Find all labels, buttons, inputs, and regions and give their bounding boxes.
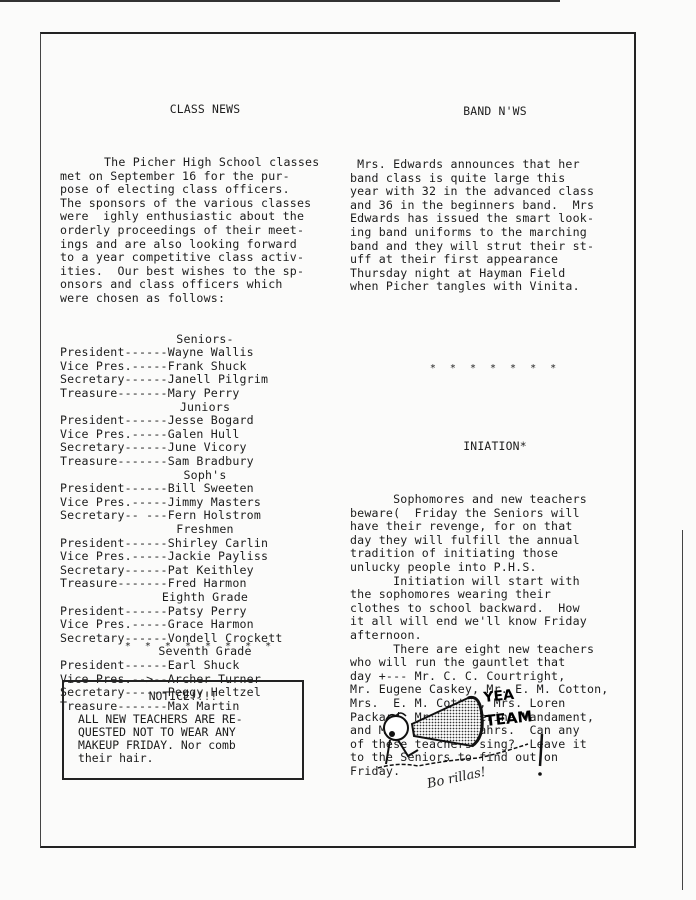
text-line: beware( Friday the Seniors will <box>350 507 640 521</box>
officer-name: Sam Bradbury <box>168 454 254 468</box>
officer-role: President------ <box>60 345 168 359</box>
section-divider-stars: * * * * * * * * <box>100 640 300 654</box>
officer-name: Frank Shuck <box>168 359 247 373</box>
top-edge-rule <box>0 0 560 2</box>
officer-role: Secretary------ <box>60 563 168 577</box>
class-group-title: Soph's <box>60 469 350 483</box>
officer-row: Treasure-------Sam Bradbury <box>60 455 350 469</box>
text-line: clothes to school backward. How <box>350 602 640 616</box>
text-line: ings and are also looking forward <box>60 238 350 252</box>
text-line: onsors and class officers which <box>60 278 350 292</box>
officer-row: Vice Pres.-----Jackie Payliss <box>60 550 350 564</box>
text-line: band class is quite large this <box>350 172 640 186</box>
initiation-heading: INIATION* <box>350 440 640 454</box>
officer-row: Vice Pres.-----Grace Harmon <box>60 618 350 632</box>
officer-role: President------ <box>60 604 168 618</box>
officer-name: Pat Keithley <box>168 563 254 577</box>
text-line: were ighly enthusiastic about the <box>60 210 350 224</box>
band-news-body: Mrs. Edwards announces that herband clas… <box>350 158 640 294</box>
officer-name: Jimmy Masters <box>168 495 261 509</box>
class-group-title: Freshmen <box>60 523 350 537</box>
text-line: day they will fulfill the annual <box>350 534 640 548</box>
officer-row: President------Shirley Carlin <box>60 537 350 551</box>
class-group-title: Seniors- <box>60 333 350 347</box>
band-news-heading: BAND N'WS <box>350 105 640 119</box>
officer-row: President------Bill Sweeten <box>60 482 350 496</box>
officer-list: Seniors-President------Wayne WallisVice … <box>60 333 350 714</box>
text-line: pose of electing class officers. <box>60 183 350 197</box>
officer-name: Mary Perry <box>168 386 240 400</box>
cartoon-shout-team: TEAM <box>485 707 534 730</box>
text-line: tradition of initiating those <box>350 547 640 561</box>
officer-role: Treasure------- <box>60 454 168 468</box>
text-line: met on September 16 for the pur- <box>60 170 350 184</box>
officer-row: President------Patsy Perry <box>60 605 350 619</box>
text-line: uff at their first appearance <box>350 253 640 267</box>
text-line: were chosen as follows: <box>60 292 350 306</box>
officer-name: Galen Hull <box>168 427 240 441</box>
text-line: when Picher tangles with Vinita. <box>350 280 640 294</box>
text-line: Thursday night at Hayman Field <box>350 267 640 281</box>
officer-role: Secretary------ <box>60 440 168 454</box>
text-line: The Picher High School classes <box>60 156 350 170</box>
yea-team-cartoon-illustration: YEA TEAM Bo rillas! <box>368 676 568 806</box>
officer-row: President------Jesse Bogard <box>60 414 350 428</box>
officer-role: Secretary------ <box>60 372 168 386</box>
officer-name: Jackie Payliss <box>168 549 269 563</box>
officer-role: Vice Pres.----- <box>60 617 168 631</box>
officer-row: Vice Pres.-----Frank Shuck <box>60 360 350 374</box>
section-divider-stars: * * * * * * * <box>350 362 640 376</box>
officer-name: Fred Harmon <box>168 576 247 590</box>
officer-row: Secretary-- ---Fern Holstrom <box>60 509 350 523</box>
text-line: Edwards has issued the smart look- <box>350 212 640 226</box>
officer-role: President------ <box>60 481 168 495</box>
cartoon-signature: Bo rillas! <box>425 765 488 792</box>
text-line: Mrs. Edwards announces that her <box>350 158 640 172</box>
officer-role: President------ <box>60 413 168 427</box>
officer-name: Patsy Perry <box>168 604 247 618</box>
text-line: their hair. <box>78 752 288 765</box>
text-line: Initiation will start with <box>350 575 640 589</box>
officer-name: Wayne Wallis <box>168 345 254 359</box>
officer-role: Vice Pres.----- <box>60 359 168 373</box>
officer-row: Vice Pres.-----Galen Hull <box>60 428 350 442</box>
newsletter-page: CLASS NEWS The Picher High School classe… <box>0 0 696 900</box>
officer-role: Treasure------- <box>60 386 168 400</box>
class-news-heading: CLASS NEWS <box>60 103 350 117</box>
cartoon-shout-yea: YEA <box>482 687 515 706</box>
officer-name: Shirley Carlin <box>168 536 269 550</box>
text-line: unlucky people into P.H.S. <box>350 561 640 575</box>
notice-body: ALL NEW TEACHERS ARE RE-QUESTED NOT TO W… <box>78 713 288 765</box>
text-line: ing band uniforms to the marching <box>350 226 640 240</box>
officer-row: Vice Pres.-----Jimmy Masters <box>60 496 350 510</box>
officer-name: Janell Pilgrim <box>168 372 269 386</box>
officer-role: Vice Pres.----- <box>60 549 168 563</box>
officer-role: Vice Pres.----- <box>60 427 168 441</box>
text-line: who will run the gauntlet that <box>350 656 640 670</box>
text-line: The sponsors of the various classes <box>60 197 350 211</box>
officer-name: Fern Holstrom <box>168 508 261 522</box>
text-line: afternoon. <box>350 629 640 643</box>
officer-name: Grace Harmon <box>168 617 254 631</box>
officer-name: June Vicory <box>168 440 247 454</box>
text-line: have their revenge, for on that <box>350 520 640 534</box>
officer-role: Vice Pres.----- <box>60 495 168 509</box>
notice-box: NOTICE!!!! ALL NEW TEACHERS ARE RE-QUEST… <box>62 680 304 780</box>
officer-role: Treasure------- <box>60 576 168 590</box>
officer-row: President------Wayne Wallis <box>60 346 350 360</box>
officer-name: Bill Sweeten <box>168 481 254 495</box>
officer-row: Treasure-------Mary Perry <box>60 387 350 401</box>
text-line: it all will end we'll know Friday <box>350 615 640 629</box>
text-line: ities. Our best wishes to the sp- <box>60 265 350 279</box>
class-news-intro: The Picher High School classesmet on Sep… <box>60 156 350 306</box>
text-line: orderly proceedings of their meet- <box>60 224 350 238</box>
officer-role: Secretary-- --- <box>60 508 168 522</box>
officer-row: Secretary------June Vicory <box>60 441 350 455</box>
officer-role: President------ <box>60 536 168 550</box>
officer-row: Secretary------Janell Pilgrim <box>60 373 350 387</box>
text-line: year with 32 in the advanced class <box>350 185 640 199</box>
margin-line <box>682 530 683 890</box>
text-line: Sophomores and new teachers <box>350 493 640 507</box>
text-line: There are eight new teachers <box>350 643 640 657</box>
text-line: and 36 in the beginners band. Mrs <box>350 199 640 213</box>
text-line: the sophomores wearing their <box>350 588 640 602</box>
class-group-title: Juniors <box>60 401 350 415</box>
class-group-title: Eighth Grade <box>60 591 350 605</box>
officer-row: Treasure-------Fred Harmon <box>60 577 350 591</box>
officer-row: President------Earl Shuck <box>60 659 350 673</box>
officer-name: Earl Shuck <box>168 658 240 672</box>
officer-name: Jesse Bogard <box>168 413 254 427</box>
notice-title: NOTICE!!!! <box>78 690 288 703</box>
officer-row: Secretary------Pat Keithley <box>60 564 350 578</box>
officer-role: President------ <box>60 658 168 672</box>
text-line: to a year competitive class activ- <box>60 251 350 265</box>
text-line: band and they will strut their st- <box>350 240 640 254</box>
